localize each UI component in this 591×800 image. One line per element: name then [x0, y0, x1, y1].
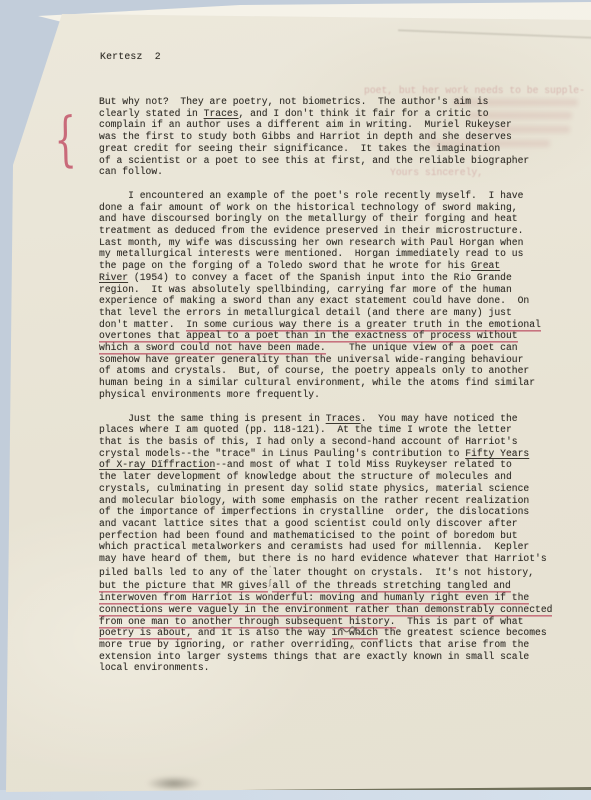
text-line: Just the same thing is present in Traces… [99, 413, 552, 425]
text-line: may have heard of them, but there is no … [99, 553, 552, 565]
text-line: extension into larger systems things tha… [99, 651, 552, 663]
text-line: don't matter. In some curious way there … [99, 319, 552, 331]
typed-underline: Fifty Years [465, 448, 529, 459]
text-line: my metallurgical interests were mentione… [99, 248, 552, 260]
bleedthrough-text: poet, but her work needs to be supple- [364, 85, 585, 96]
text-line: from one man to another through subseque… [99, 616, 552, 628]
page-scan: poet, but her work needs to be supple- Y… [0, 0, 591, 800]
text-line: interwoven from Harriot is wonderful: mo… [99, 592, 552, 604]
red-underline-mark: In some curious way there is a greater t… [186, 319, 541, 330]
margin-brace-mark: { [54, 109, 77, 169]
text-line: poetry is about, and it is also the way … [99, 627, 552, 639]
paper-sheet: poet, but her work needs to be supple- Y… [0, 0, 591, 800]
text-line: places where I am quoted (pp. 118-121). … [99, 424, 552, 436]
typed-underline: of X-ray Dïffraction [99, 459, 215, 470]
text-line: region. It was absolutely spellbinding, … [99, 284, 552, 296]
text-line: Last month, my wife was discussing her o… [99, 237, 552, 249]
text-line: overtones that appeal to a poet than in … [99, 330, 552, 342]
typed-underline: Traces [326, 413, 361, 424]
pencil-scribble-mark [337, 625, 367, 635]
text-line: local environments. [99, 662, 552, 674]
red-underline-mark: poetry is about, [99, 627, 192, 638]
text-line: clearly stated in Traces, and I don't th… [99, 108, 552, 120]
text-line: piled balls led to any of theʼlater thou… [99, 565, 552, 579]
text-line: of atoms and crystals. But, of course, t… [99, 365, 552, 377]
text-line: was the first to study both Gibbs and Ha… [99, 131, 552, 143]
text-line: of the importance of imperfections in cr… [99, 506, 552, 518]
text-line: the page on the forging of a Toledo swor… [99, 260, 552, 272]
red-underline-mark: but the picture that MR gives [99, 580, 268, 591]
text-line: which a sword could not have been made. … [99, 342, 552, 354]
typed-underline: Traces [204, 108, 239, 119]
text-line: human being in a similar cultural enviro… [99, 377, 552, 389]
text-line: can follow. [99, 166, 552, 178]
text-line: crystal models--the "trace" in Linus Pau… [99, 448, 552, 460]
text-line: that is the basis of this, I had only a … [99, 436, 552, 448]
red-underline-mark: which a sword could not have been made. [99, 342, 326, 353]
background-strip [0, 790, 591, 800]
text-line: and vacant lattice sites that a good sci… [99, 518, 552, 530]
paragraph: I encountered an example of the poet's r… [99, 190, 552, 401]
text-line: River (1954) to convey a facet of the Sp… [99, 272, 552, 284]
text-line: But why not? They are poetry, not biomet… [99, 96, 552, 108]
text-line: crystals, culminating in present day sol… [99, 483, 552, 495]
text-line: treatment as deduced from the evidence p… [99, 225, 552, 237]
handwritten-caret-mark: are [343, 651, 360, 662]
text-line: I encountered an example of the poet's r… [99, 190, 552, 202]
typed-underline: River [99, 272, 128, 283]
text-line: somehow have greater generality than the… [99, 354, 552, 366]
text-line: connections were vaguely in the environm… [99, 604, 552, 616]
text-line: done a fair amount of work on the histor… [99, 202, 552, 214]
text-line: of X-ray Dïffraction--and most of what I… [99, 459, 552, 471]
text-line: complain if an author uses a different a… [99, 119, 552, 131]
text-line: but the picture that MR givesʃall of the… [99, 578, 552, 592]
red-underline-mark: connections were vaguely in the environm… [99, 604, 552, 615]
text-line: perfection had been found and mathematic… [99, 530, 552, 542]
edge-smudge [146, 776, 202, 791]
red-underline-mark: all of the threads stretching tangled an… [272, 580, 510, 591]
text-line: the later development of knowledge about… [99, 471, 552, 483]
text-line: and have discoursed boringly on the meta… [99, 213, 552, 225]
paper-crease [398, 29, 591, 38]
text-line: and molecular biology, with some emphasi… [99, 495, 552, 507]
text-line: physical environments more frequently. [99, 389, 552, 401]
page-header: Kertesz 2 [100, 51, 161, 62]
typed-underline: Great [471, 260, 500, 271]
text-line: that level the errors in metallurgical d… [99, 307, 552, 319]
paragraph: But why not? They are poetry, not biomet… [99, 96, 552, 178]
text-line: experience of making a sword than any ex… [99, 295, 552, 307]
red-underline-mark: interwoven from Harriot is wonderful: mo… [99, 592, 529, 603]
text-line: which practical metalworkers and ceramis… [99, 541, 552, 553]
text-column: But why not? They are poetry, not biomet… [99, 96, 552, 674]
text-line: of a scientist or a poet to see this at … [99, 155, 552, 167]
text-line: more true by ignoring, or rather overrid… [99, 639, 552, 651]
red-underline-mark: overtones that appeal to a poet than in … [99, 330, 518, 341]
paragraph: Just the same thing is present in Traces… [99, 413, 552, 674]
text-line: great credit for seeing their significan… [99, 143, 552, 155]
